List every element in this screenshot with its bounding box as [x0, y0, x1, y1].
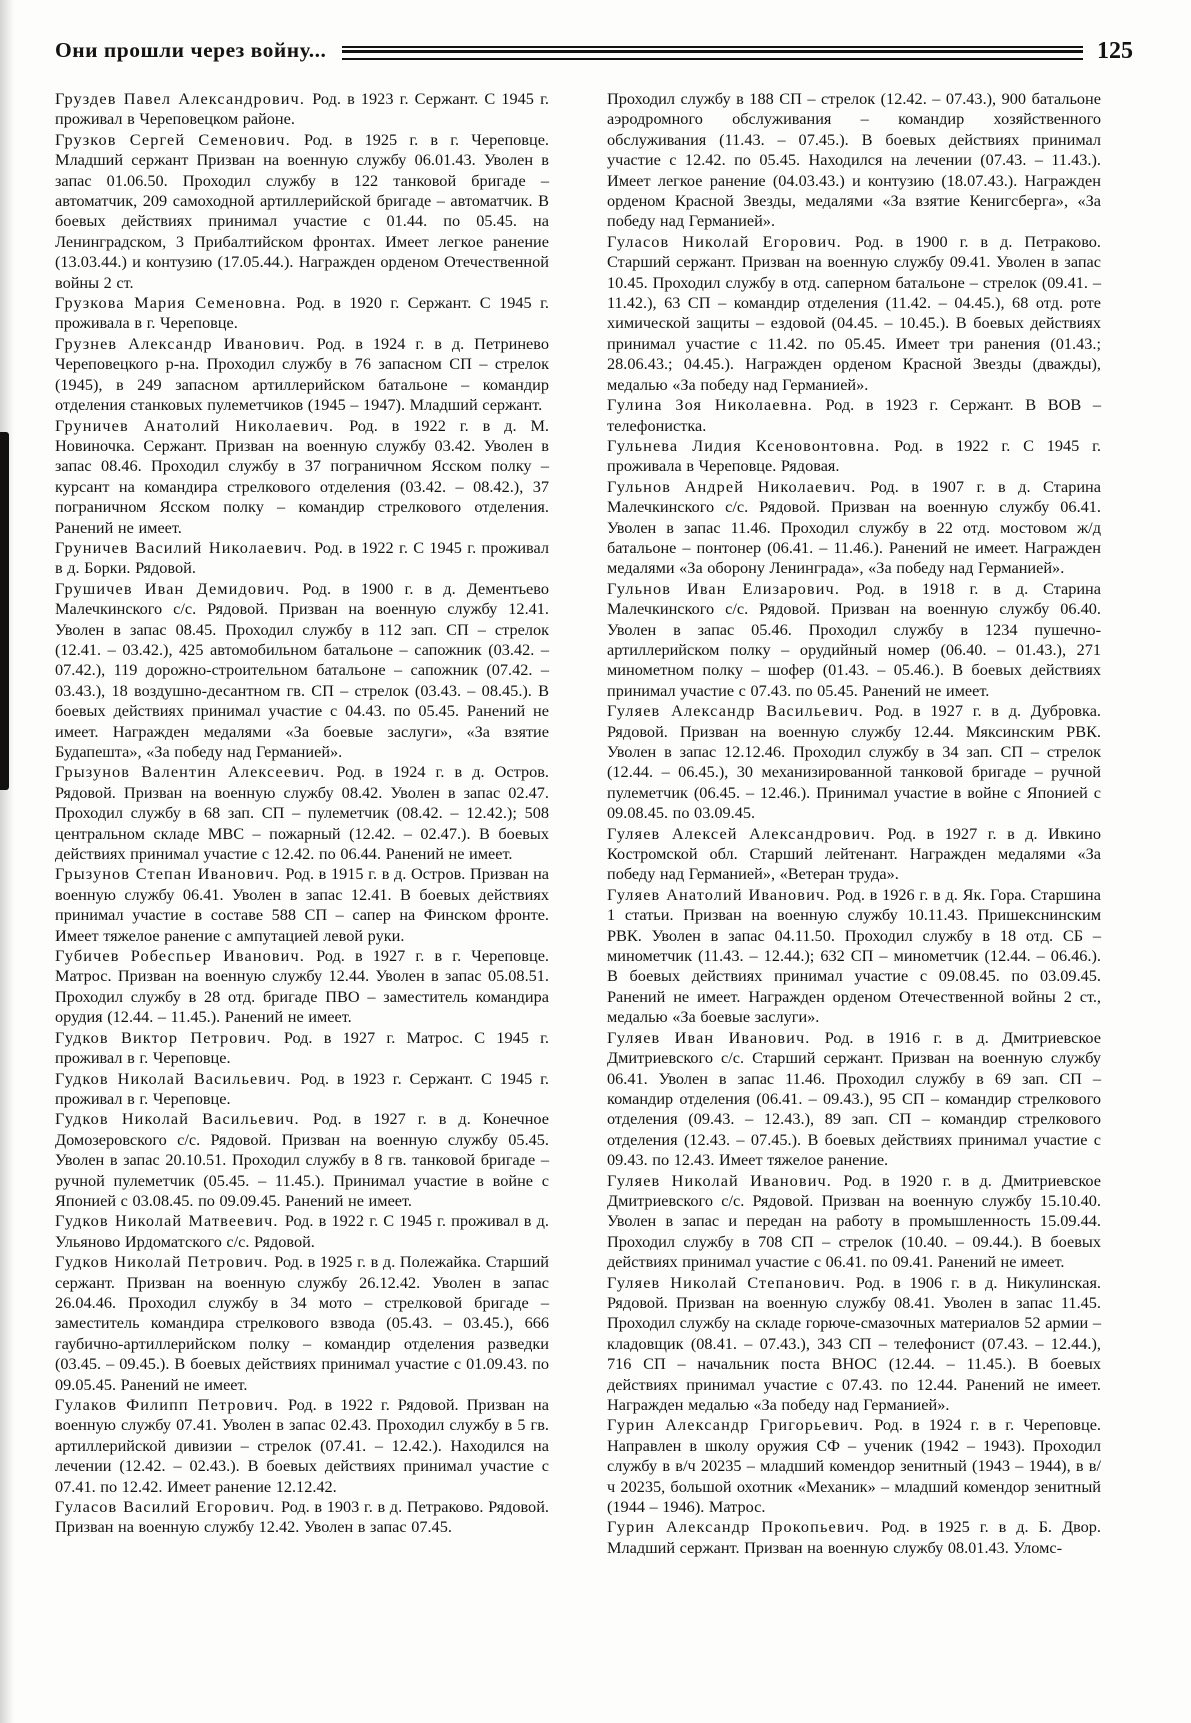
veteran-name: Гуляев Анатолий Иванович. [607, 885, 836, 904]
veteran-entry: Гуласов Василий Егорович. Род. в 1903 г.… [55, 1497, 549, 1538]
veteran-entry: Гудков Виктор Петрович. Род. в 1927 г. М… [55, 1028, 549, 1069]
veteran-entry: Гулина Зоя Николаевна. Род. в 1923 г. Се… [607, 395, 1101, 436]
veteran-name: Грузкова Мария Семеновна. [55, 293, 296, 312]
veteran-entry: Грызунов Степан Иванович. Род. в 1915 г.… [55, 864, 549, 946]
veteran-name: Гуляев Николай Иванович. [607, 1171, 843, 1190]
veteran-entry: Гурин Александр Прокопьевич. Род. в 1925… [607, 1517, 1101, 1558]
veteran-name: Гудков Николай Петрович. [55, 1252, 274, 1271]
veteran-name: Гульнева Лидия Ксеновонтовна. [607, 436, 894, 455]
veteran-name: Грушичев Иван Демидович. [55, 579, 302, 598]
veteran-entry: Грузнев Александр Иванович. Род. в 1924 … [55, 334, 549, 416]
veteran-name: Гурин Александр Григорьевич. [607, 1415, 874, 1434]
veteran-entry: Гудков Николай Васильевич. Род. в 1923 г… [55, 1069, 549, 1110]
veteran-entry: Гульнов Андрей Николаевич. Род. в 1907 г… [607, 477, 1101, 579]
veteran-entry: Гуляев Александр Васильевич. Род. в 1927… [607, 701, 1101, 823]
veteran-entry: Гудков Николай Васильевич. Род. в 1927 г… [55, 1109, 549, 1211]
scanned-book-page: Они прошли через войну... 125 Груздев Па… [0, 0, 1191, 1723]
scan-ink-blot [0, 432, 9, 790]
veteran-name: Гудков Николай Матвеевич. [55, 1211, 285, 1230]
veteran-name: Гудков Николай Васильевич. [55, 1069, 300, 1088]
veteran-entry: Гуляев Анатолий Иванович. Род. в 1926 г.… [607, 885, 1101, 1028]
veteran-name: Гуляев Иван Иванович. [607, 1028, 825, 1047]
veteran-name: Гудков Николай Васильевич. [55, 1109, 313, 1128]
running-title: Они прошли через войну... [55, 38, 326, 63]
veteran-entry: Гуляев Николай Степанович. Род. в 1906 г… [607, 1273, 1101, 1416]
veteran-name: Гулаков Филипп Петрович. [55, 1395, 288, 1414]
veteran-name: Грузков Сергей Семенович. [55, 130, 304, 149]
veteran-name: Гуласов Николай Егорович. [607, 232, 855, 251]
veteran-name: Гурин Александр Прокопьевич. [607, 1517, 881, 1536]
veteran-name: Гуляев Александр Васильевич. [607, 701, 875, 720]
veteran-entry: Грузков Сергей Семенович. Род. в 1925 г.… [55, 130, 549, 293]
veteran-name: Грызунов Степан Иванович. [55, 864, 285, 883]
veteran-entry: Гуляев Иван Иванович. Род. в 1916 г. в д… [607, 1028, 1101, 1171]
veteran-name: Гуляев Алексей Александрович. [607, 824, 887, 843]
veteran-name: Гудков Виктор Петрович. [55, 1028, 284, 1047]
veteran-name: Грызунов Валентин Алексеевич. [55, 762, 336, 781]
page-number: 125 [1097, 38, 1133, 65]
veteran-name: Груничев Анатолий Николаевич. [55, 416, 349, 435]
header-rule [342, 46, 1083, 60]
veteran-name: Гулина Зоя Николаевна. [607, 395, 826, 414]
veteran-name: Губичев Робеспьер Иванович. [55, 946, 316, 965]
veteran-entry: Гульнов Иван Елизарович. Род. в 1918 г. … [607, 579, 1101, 701]
veteran-entry: Гуляев Алексей Александрович. Род. в 192… [607, 824, 1101, 885]
column-left: Груздев Павел Александрович. Род. в 1923… [55, 89, 549, 1558]
veteran-entry: Гуляев Николай Иванович. Род. в 1920 г. … [607, 1171, 1101, 1273]
veteran-entry: Проходил службу в 188 СП – стрелок (12.4… [607, 89, 1101, 232]
veteran-entry: Грызунов Валентин Алексеевич. Род. в 192… [55, 762, 549, 864]
page-header: Они прошли через войну... 125 [0, 0, 1191, 65]
veteran-entry: Гуласов Николай Егорович. Род. в 1900 г.… [607, 232, 1101, 395]
veteran-name: Гуласов Василий Егорович. [55, 1497, 281, 1516]
veteran-entry: Груздев Павел Александрович. Род. в 1923… [55, 89, 549, 130]
veteran-entry: Гудков Николай Петрович. Род. в 1925 г. … [55, 1252, 549, 1395]
veteran-entry: Губичев Робеспьер Иванович. Род. в 1927 … [55, 946, 549, 1028]
veteran-name: Гульнов Иван Елизарович. [607, 579, 856, 598]
veteran-name: Грузнев Александр Иванович. [55, 334, 317, 353]
veteran-name: Гуляев Николай Степанович. [607, 1273, 856, 1292]
veteran-entry: Груничев Анатолий Николаевич. Род. в 192… [55, 416, 549, 538]
veteran-entry: Гулаков Филипп Петрович. Род. в 1922 г. … [55, 1395, 549, 1497]
veteran-entry: Гудков Николай Матвеевич. Род. в 1922 г.… [55, 1211, 549, 1252]
veteran-entry: Грушичев Иван Демидович. Род. в 1900 г. … [55, 579, 549, 763]
veteran-entry: Гульнева Лидия Ксеновонтовна. Род. в 192… [607, 436, 1101, 477]
veteran-name: Гульнов Андрей Николаевич. [607, 477, 870, 496]
column-right: Проходил службу в 188 СП – стрелок (12.4… [607, 89, 1101, 1558]
veteran-name: Груничев Василий Николаевич. [55, 538, 314, 557]
veteran-entry: Гурин Александр Григорьевич. Род. в 1924… [607, 1415, 1101, 1517]
veteran-name: Груздев Павел Александрович. [55, 89, 312, 108]
veteran-entry: Грузкова Мария Семеновна. Род. в 1920 г.… [55, 293, 549, 334]
veteran-entry: Груничев Василий Николаевич. Род. в 1922… [55, 538, 549, 579]
text-columns: Груздев Павел Александрович. Род. в 1923… [0, 65, 1191, 1558]
